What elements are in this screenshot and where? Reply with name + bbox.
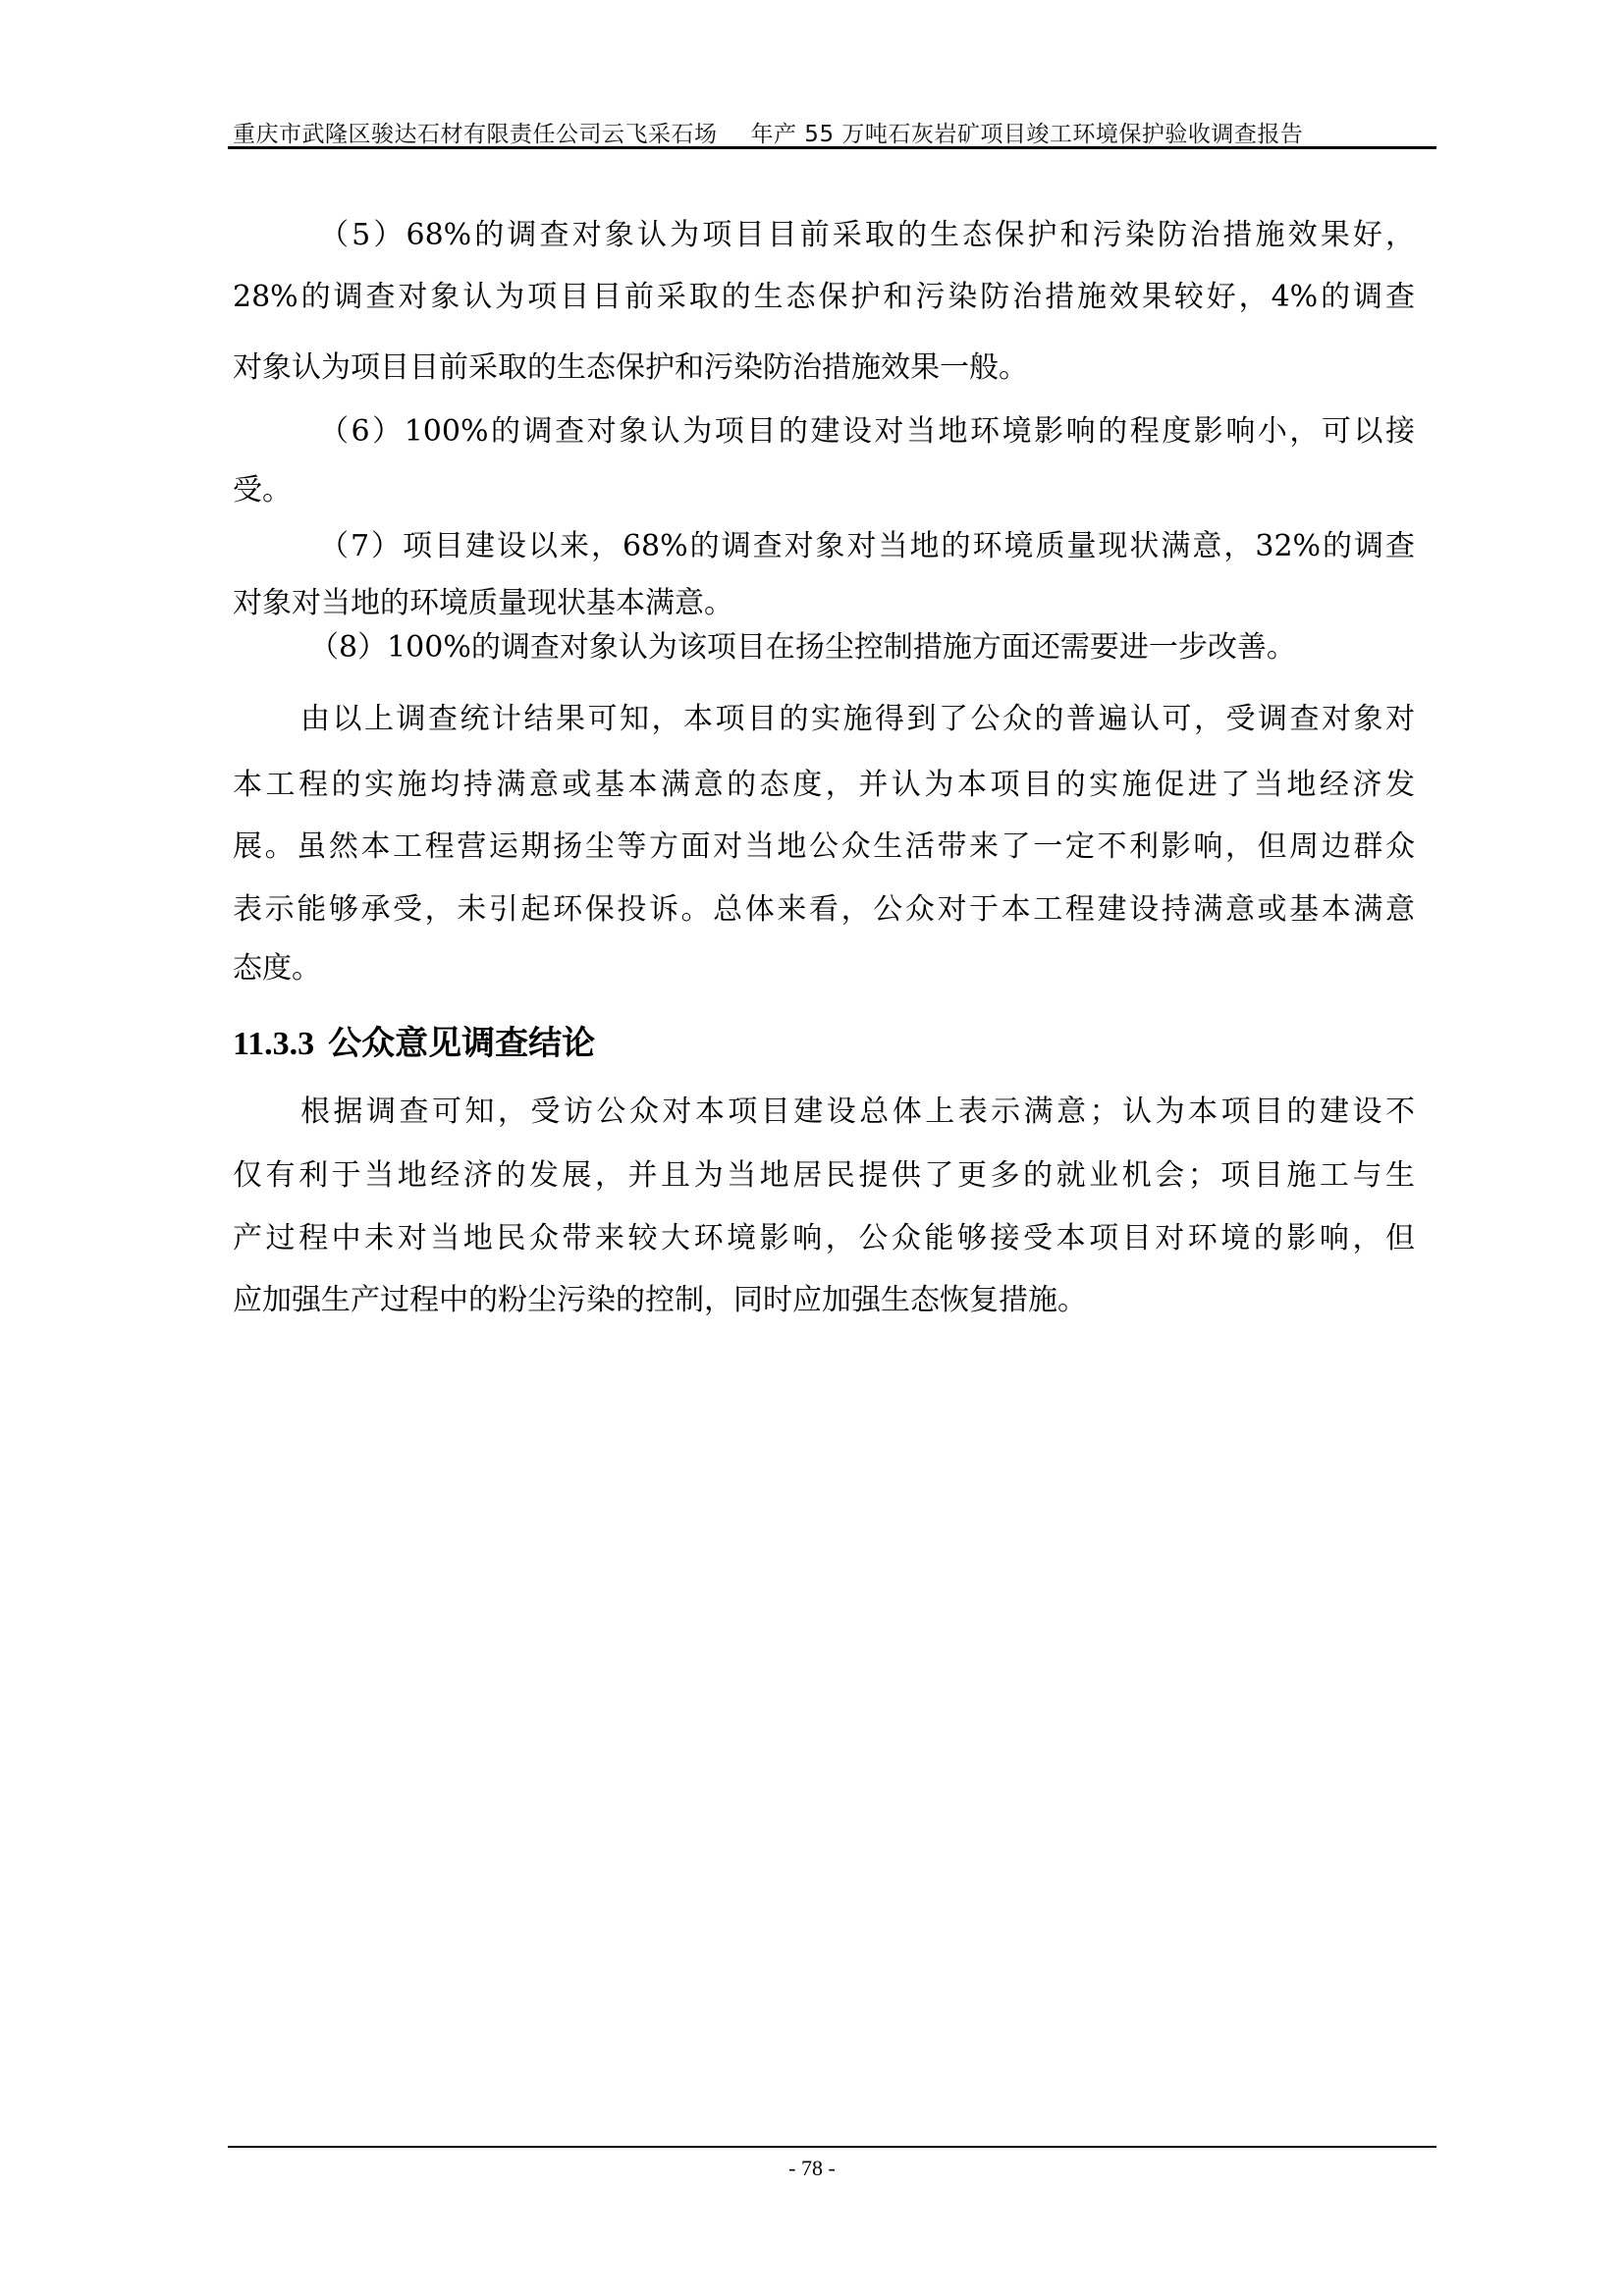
summary-line-3: 展。虽然本工程营运期扬尘等方面对当地公众生活带来了一定不利影响，但周边群众 [233,828,1415,867]
section-title: 公众意见调查结论 [328,1024,595,1063]
item-6-line-1: （6）100%的调查对象认为项目的建设对当地环境影响的程度影响小，可以接 [319,412,1415,452]
running-header: 重庆市武隆区骏达石材有限责任公司云飞采石场年产 55 万吨石灰岩矿项目竣工环境保… [233,116,1362,148]
summary-line-2: 本工程的实施均持满意或基本满意的态度，并认为本项目的实施促进了当地经济发 [233,766,1415,805]
item-5-line-1: （5）68%的调查对象认为项目目前采取的生态保护和污染防治措施效果好， [319,216,1415,255]
conclusion-line-2: 仅有利于当地经济的发展，并且为当地居民提供了更多的就业机会；项目施工与生 [233,1156,1415,1196]
item-6-line-2: 受。 [233,471,1415,510]
section-heading: 11.3.3公众意见调查结论 [233,1022,595,1066]
page-number: - 78 - [0,2156,1624,2181]
summary-line-4: 表示能够承受，未引起环保投诉。总体来看，公众对于本工程建设持满意或基本满意 [233,890,1415,930]
item-8-line-1: （8）100%的调查对象认为该项目在扬尘控制措施方面还需要进一步改善。 [309,628,1415,667]
footer-rule [228,2146,1436,2148]
section-number: 11.3.3 [233,1026,314,1062]
summary-line-5: 态度。 [233,949,1415,988]
header-company: 重庆市武隆区骏达石材有限责任公司云飞采石场 [233,122,718,147]
item-7-line-2: 对象对当地的环境质量现状基本满意。 [233,584,1415,623]
item-5-line-3: 对象认为项目目前采取的生态保护和污染防治措施效果一般。 [233,348,1415,388]
conclusion-line-1: 根据调查可知，受访公众对本项目建设总体上表示满意；认为本项目的建设不 [300,1093,1415,1132]
header-report-title: 年产 55 万吨石灰岩矿项目竣工环境保护验收调查报告 [751,122,1304,147]
header-rule [228,146,1436,149]
document-page: 重庆市武隆区骏达石材有限责任公司云飞采石场年产 55 万吨石灰岩矿项目竣工环境保… [0,0,1624,2296]
item-7-line-1: （7）项目建设以来，68%的调查对象对当地的环境质量现状满意，32%的调查 [319,527,1415,566]
conclusion-line-4: 应加强生产过程中的粉尘污染的控制，同时应加强生态恢复措施。 [233,1281,1415,1320]
summary-line-1: 由以上调查统计结果可知，本项目的实施得到了公众的普遍认可，受调查对象对 [300,700,1415,739]
item-5-line-2: 28%的调查对象认为项目目前采取的生态保护和污染防治措施效果较好，4%的调查 [233,278,1415,317]
conclusion-line-3: 产过程中未对当地民众带来较大环境影响，公众能够接受本项目对环境的影响，但 [233,1219,1415,1258]
